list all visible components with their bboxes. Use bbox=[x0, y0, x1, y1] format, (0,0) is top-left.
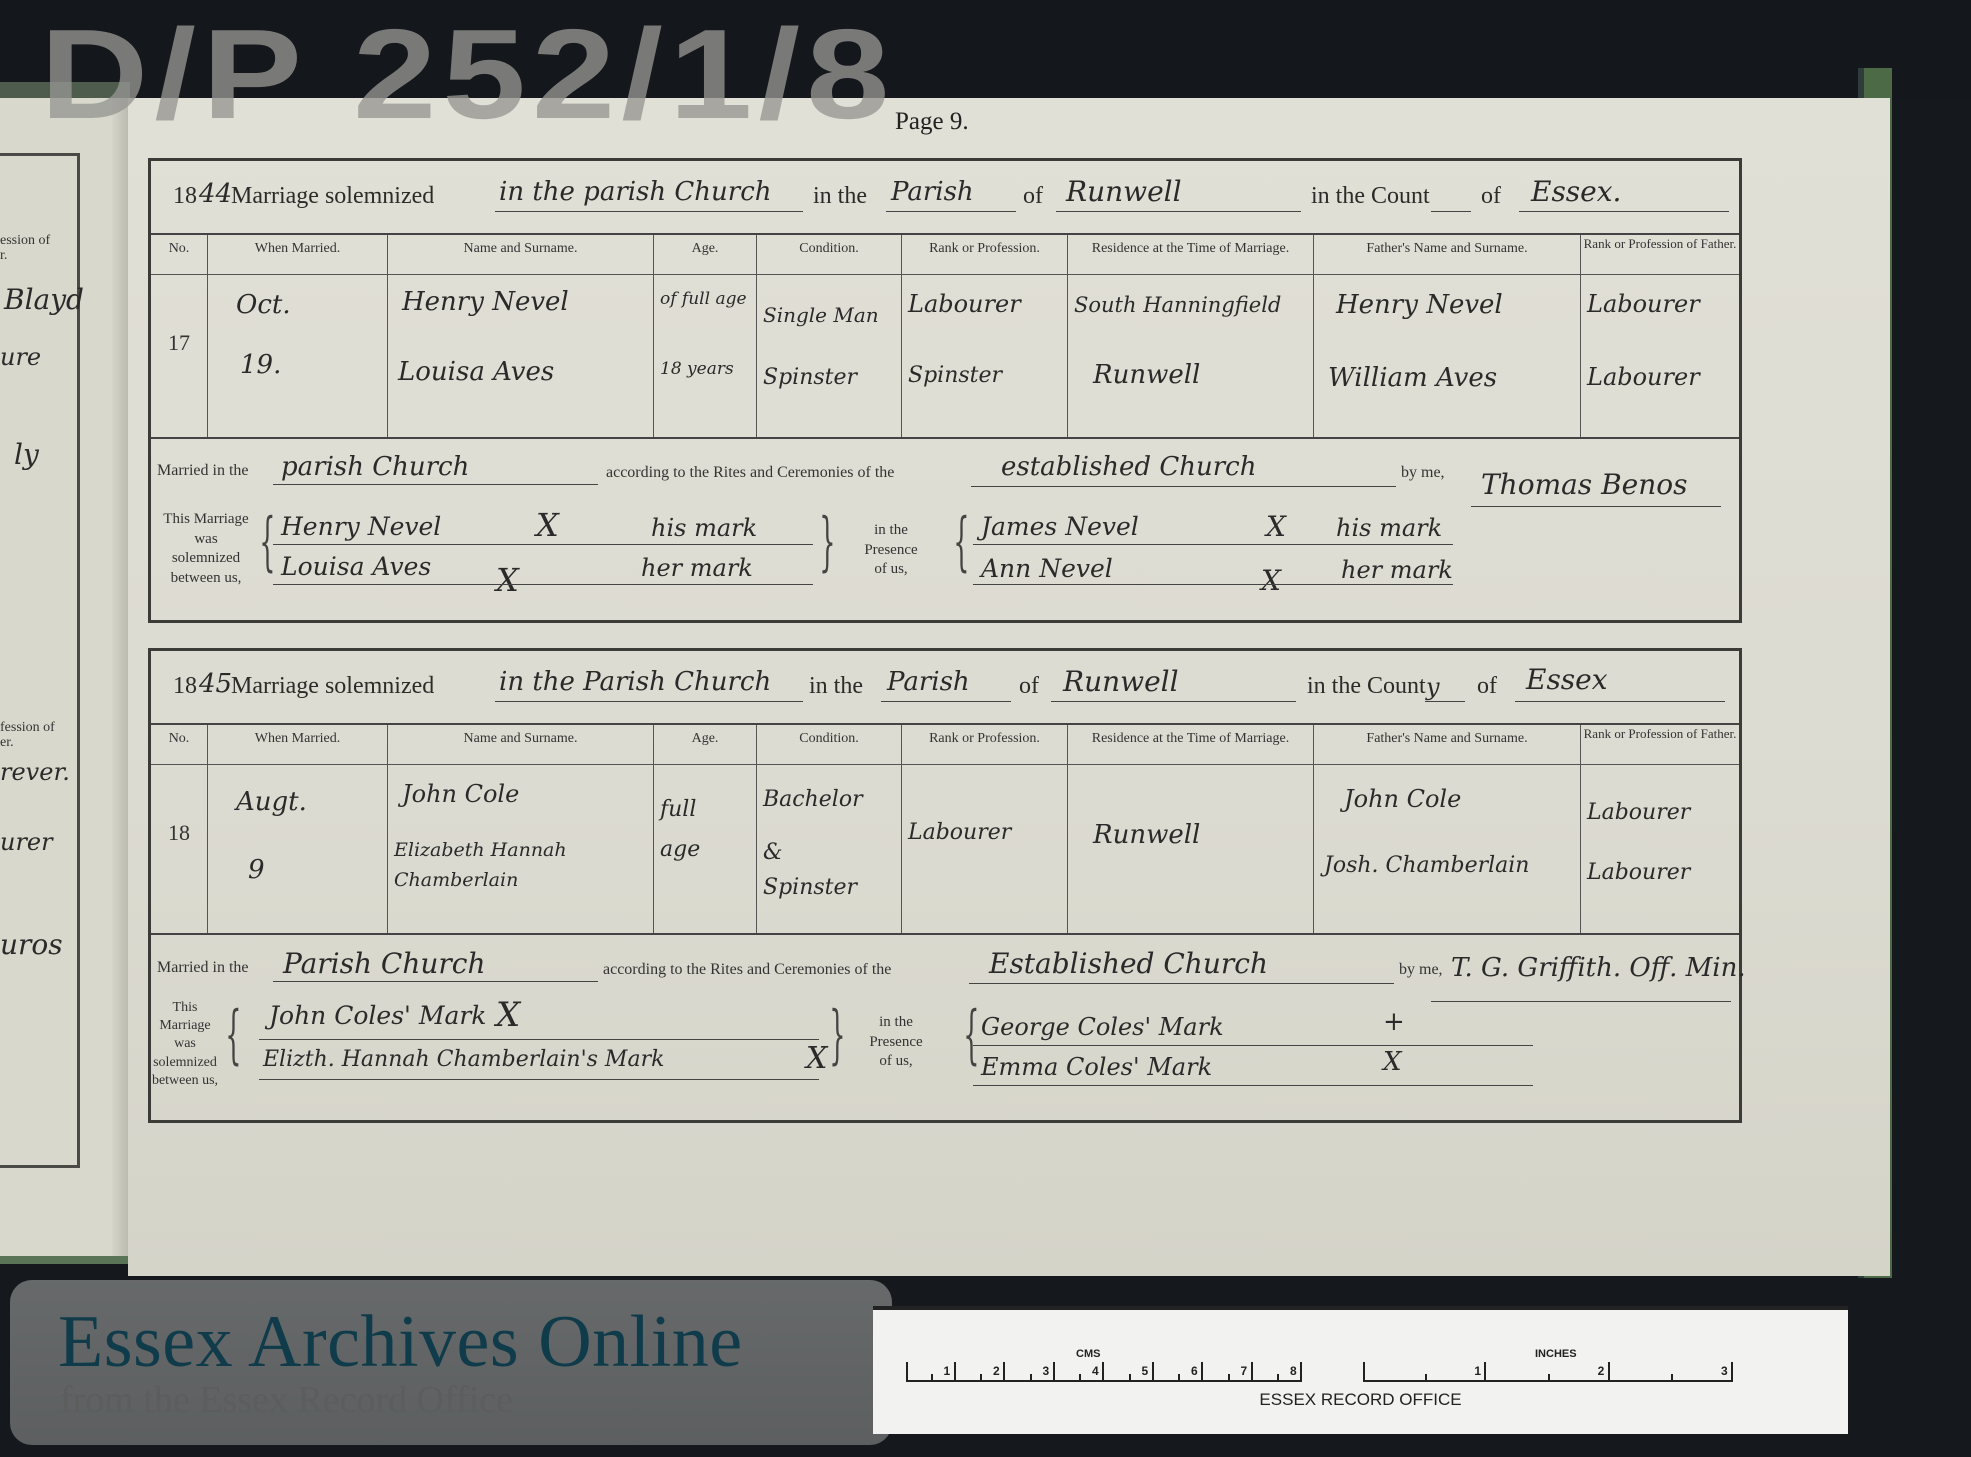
label-in-presence: in thePresenceof us, bbox=[841, 521, 941, 580]
inch-scale: 123 bbox=[1363, 1360, 1733, 1382]
col-father-rank: Rank or Profession of Father. Labourer L… bbox=[1581, 725, 1739, 933]
witness-2-name: Ann Nevel bbox=[981, 554, 1113, 583]
left-header-2b: er. bbox=[0, 735, 14, 751]
col-no: No. 18 bbox=[151, 725, 208, 933]
left-page-fragment: ession of r. Blayd ure ly fession of er.… bbox=[0, 98, 128, 1256]
party-2-name: Elizth. Hannah Chamberlain's Mark bbox=[263, 1047, 664, 1072]
officiant-value: Thomas Benos bbox=[1481, 468, 1688, 501]
label-of: of bbox=[1023, 183, 1043, 210]
officiant-value: T. G. Griffith. Off. Min. bbox=[1451, 953, 1746, 983]
witness-2-mark: X bbox=[1261, 564, 1281, 597]
entry-table: No. 17 When Married. Oct. 19. Name and S… bbox=[151, 233, 1739, 439]
entry-number: 17 bbox=[151, 330, 207, 356]
col-age: Age. of full age 18 years bbox=[654, 235, 757, 437]
party-1-mark: X bbox=[496, 995, 520, 1035]
label-marriage-solemnized: Marriage solemnized bbox=[231, 183, 434, 210]
label-in-the-county: in the Count bbox=[1311, 183, 1430, 210]
year-prefix: 18 bbox=[173, 183, 197, 210]
party-1-name: Henry Nevel bbox=[281, 512, 441, 541]
col-no: No. 17 bbox=[151, 235, 208, 437]
entry-heading: 18 44 Marriage solemnized in the parish … bbox=[151, 161, 1739, 233]
col-age: Age. full age bbox=[654, 725, 757, 933]
archive-logo-subtitle: from the Essex Record Office bbox=[60, 1378, 513, 1422]
label-in-the: in the bbox=[809, 673, 863, 700]
col-residence: Residence at the Time of Marriage. Runwe… bbox=[1068, 725, 1314, 933]
label-of-county: of bbox=[1477, 673, 1497, 700]
entry-footer: Married in the parish Church according t… bbox=[151, 446, 1739, 621]
place-value: in the parish Church bbox=[499, 177, 772, 207]
label-in-presence: in thePresenceof us, bbox=[846, 1013, 946, 1072]
witness-2-mark: X bbox=[1383, 1047, 1402, 1077]
label-this-marriage: This Marriagewas solemnizedbetween us, bbox=[151, 999, 219, 1090]
entry-number: 18 bbox=[151, 820, 207, 846]
witness-2-mark-text: her mark bbox=[1341, 556, 1453, 584]
year-prefix: 18 bbox=[173, 673, 197, 700]
col-father-name: Father's Name and Surname. John Cole Jos… bbox=[1314, 725, 1581, 933]
col-father-rank: Rank or Profession of Father. Labourer L… bbox=[1581, 235, 1739, 437]
party-1-mark: X bbox=[536, 506, 559, 544]
party-1-mark-text: his mark bbox=[651, 514, 757, 542]
label-of-county: of bbox=[1481, 183, 1501, 210]
register-entry-18: 18 45 Marriage solemnized in the Parish … bbox=[148, 648, 1742, 1123]
left-hand-4: rever. bbox=[0, 758, 70, 786]
page-number: Page 9. bbox=[895, 108, 969, 136]
col-rank: Rank or Profession. Labourer Spinster bbox=[902, 235, 1068, 437]
left-header-1: ession of bbox=[0, 233, 50, 249]
witness-1-mark: X bbox=[1266, 510, 1286, 543]
col-name: Name and Surname. John Cole Elizabeth Ha… bbox=[388, 725, 654, 933]
label-this-marriage: This Marriagewas solemnizedbetween us, bbox=[151, 510, 261, 588]
witness-1-name: James Nevel bbox=[981, 512, 1139, 541]
entry-heading: 18 45 Marriage solemnized in the Parish … bbox=[151, 651, 1739, 723]
col-name: Name and Surname. Henry Nevel Louisa Ave… bbox=[388, 235, 654, 437]
rites-value: Established Church bbox=[989, 947, 1268, 980]
year-suffix: 44 bbox=[199, 179, 232, 209]
left-header-2: fession of bbox=[0, 720, 55, 736]
entry-footer: Married in the Parish Church according t… bbox=[151, 943, 1739, 1118]
left-hand-1: Blayd bbox=[4, 283, 84, 316]
cm-scale: 12345678 bbox=[906, 1360, 1302, 1382]
left-hand-6: uros bbox=[0, 928, 63, 961]
married-in-value: Parish Church bbox=[283, 947, 486, 980]
left-hand-5: urer bbox=[0, 828, 53, 856]
county-value: Essex bbox=[1526, 663, 1608, 696]
rites-value: established Church bbox=[1001, 452, 1256, 482]
col-father-name: Father's Name and Surname. Henry Nevel W… bbox=[1314, 235, 1581, 437]
col-residence: Residence at the Time of Marriage. South… bbox=[1068, 235, 1314, 437]
left-header-1b: r. bbox=[0, 248, 7, 264]
party-2-name: Louisa Aves bbox=[281, 552, 431, 581]
label-of: of bbox=[1019, 673, 1039, 700]
col-condition: Condition. Bachelor & Spinster bbox=[757, 725, 902, 933]
witness-1-name: George Coles' Mark bbox=[981, 1013, 1224, 1041]
col-when-married: When Married. Oct. 19. bbox=[208, 235, 388, 437]
label-marriage-solemnized: Marriage solemnized bbox=[231, 673, 434, 700]
register-entry-17: 18 44 Marriage solemnized in the parish … bbox=[148, 158, 1742, 623]
cm-label: CMS bbox=[1076, 1348, 1100, 1360]
entry-table: No. 18 When Married. Augt. 9 Name and Su… bbox=[151, 723, 1739, 935]
party-2-mark: X bbox=[496, 561, 519, 599]
county-value: Essex. bbox=[1531, 175, 1621, 208]
party-1-name: John Coles' Mark bbox=[269, 1001, 486, 1030]
witness-1-mark: + bbox=[1383, 1007, 1405, 1037]
left-hand-3: ly bbox=[14, 438, 39, 471]
district-type: Parish bbox=[891, 177, 974, 207]
district-type: Parish bbox=[887, 667, 970, 697]
party-2-mark-text: her mark bbox=[641, 554, 753, 582]
year-suffix: 45 bbox=[199, 669, 232, 699]
witness-1-mark-text: his mark bbox=[1336, 514, 1442, 542]
label-in-the-county: in the Count bbox=[1307, 673, 1426, 700]
col-condition: Condition. Single Man Spinster bbox=[757, 235, 902, 437]
witness-2-name: Emma Coles' Mark bbox=[981, 1053, 1212, 1081]
document-reference-watermark: D/P 252/1/8 bbox=[40, 10, 895, 138]
scale-ruler: CMS 12345678 INCHES 123 ESSEX RECORD OFF… bbox=[873, 1306, 1848, 1434]
ruler-caption: ESSEX RECORD OFFICE bbox=[873, 1390, 1848, 1410]
archive-logo-title: Essex Archives Online bbox=[58, 1300, 743, 1385]
col-when-married: When Married. Augt. 9 bbox=[208, 725, 388, 933]
left-hand-2: ure bbox=[0, 343, 41, 371]
county-suffix: y bbox=[1426, 673, 1440, 701]
parish-value: Runwell bbox=[1063, 665, 1179, 698]
label-in-the: in the bbox=[813, 183, 867, 210]
place-value: in the Parish Church bbox=[499, 667, 771, 697]
inch-label: INCHES bbox=[1535, 1348, 1577, 1360]
col-rank: Rank or Profession. Labourer bbox=[902, 725, 1068, 933]
married-in-value: parish Church bbox=[281, 452, 469, 482]
party-2-mark: X bbox=[806, 1041, 827, 1076]
parish-value: Runwell bbox=[1066, 175, 1182, 208]
